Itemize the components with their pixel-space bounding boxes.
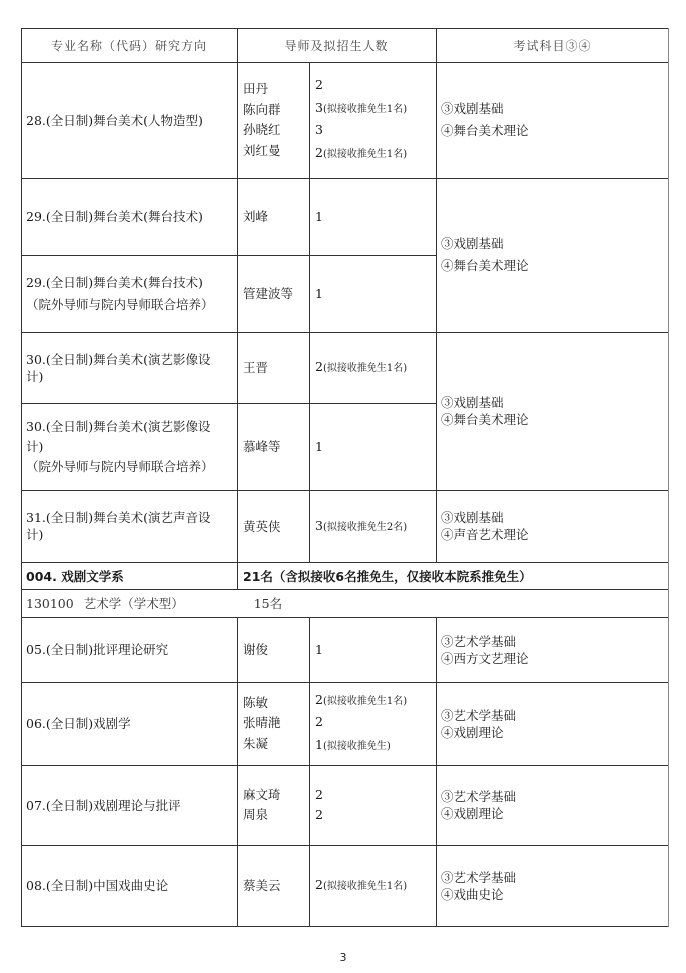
exam-subjects: ③艺术学基础 ④戏剧理论 <box>441 765 666 845</box>
advisor-name: 慕峰等 <box>243 403 307 490</box>
advisor-name: 麻文琦 <box>243 785 307 806</box>
quota: 3(拟接收推免生2名) <box>315 490 435 562</box>
quota: 2 <box>315 805 435 826</box>
discipline-row: 130100 艺术学（学术型） 15名 <box>21 589 669 617</box>
advisor-name: 朱凝 <box>243 734 307 755</box>
header-exams: 考试科目③④ <box>436 28 669 62</box>
advisor-name: 刘峰 <box>243 178 307 255</box>
table-row: 06.(全日制)戏剧学 陈敏 张晴滟 朱凝 2(拟接收推免生1名) 2 1(拟接… <box>21 682 669 765</box>
quota: 2 <box>315 75 435 98</box>
exam-subjects: ③戏剧基础 ④舞台美术理论 <box>441 62 666 178</box>
discipline-quota: 15名 <box>254 595 282 612</box>
advisor-name: 蔡美云 <box>243 845 307 926</box>
header-major: 专业名称（代码）研究方向 <box>21 28 237 62</box>
major-name: 06.(全日制)戏剧学 <box>26 682 236 765</box>
advisor-name: 孙晓红 <box>243 120 307 141</box>
table-row: 07.(全日制)戏剧理论与批评 麻文琦 周泉 2 2 ③艺术学基础 ④戏剧理论 <box>21 765 669 845</box>
quota-list: 2 2 <box>315 765 435 845</box>
major-name: 28.(全日制)舞台美术(人物造型) <box>26 62 236 178</box>
quota: 3(拟接收推免生1名) <box>315 98 435 121</box>
department-row: 004. 戏剧文学系 21名（含拟接收6名推免生，仅接收本院系推免生） <box>21 562 669 589</box>
quota: 1 <box>315 617 435 682</box>
discipline-name: 艺术学（学术型） <box>84 595 184 612</box>
quota: 1 <box>315 255 435 332</box>
quota: 2(拟接收推免生1名) <box>315 143 435 166</box>
quota: 2 <box>315 712 435 735</box>
major-name: 31.(全日制)舞台美术(演艺声音设 计) <box>26 490 236 562</box>
table-header: 专业名称（代码）研究方向 导师及拟招生人数 考试科目③④ <box>21 28 669 62</box>
quota: 1(拟接收推免生) <box>315 735 435 758</box>
exam-subjects-merged: ③戏剧基础 ④舞台美术理论 <box>441 332 666 490</box>
major-name: 29.(全日制)舞台美术(舞台技术) <box>26 178 236 255</box>
exam-subjects: ③戏剧基础 ④声音艺术理论 <box>441 490 666 562</box>
discipline-info: 130100 艺术学（学术型） 15名 <box>26 589 666 617</box>
major-name: 08.(全日制)中国戏曲史论 <box>26 845 236 926</box>
header-advisors: 导师及拟招生人数 <box>237 28 436 62</box>
advisor-list: 麻文琦 周泉 <box>243 765 307 845</box>
advisor-name: 王晋 <box>243 332 307 403</box>
discipline-code: 130100 <box>26 595 74 612</box>
major-name: 30.(全日制)舞台美术(演艺影像设 计) （院外导师与院内导师联合培养） <box>26 403 236 490</box>
advisor-name: 陈敏 <box>243 693 307 714</box>
major-name: 07.(全日制)戏剧理论与批评 <box>26 765 236 845</box>
exam-subjects: ③艺术学基础 ④西方文艺理论 <box>441 617 666 682</box>
quota: 2(拟接收推免生1名) <box>315 845 435 926</box>
advisor-name: 刘红曼 <box>243 141 307 162</box>
major-name: 29.(全日制)舞台美术(舞台技术) （院外导师与院内导师联合培养） <box>26 255 236 332</box>
quota-list: 2 3(拟接收推免生1名) 3 2(拟接收推免生1名) <box>315 62 435 178</box>
quota: 2(拟接收推免生1名) <box>315 690 435 713</box>
table-row: 05.(全日制)批评理论研究 谢俊 1 ③艺术学基础 ④西方文艺理论 <box>21 617 669 682</box>
quota: 1 <box>315 178 435 255</box>
table-border-bottom <box>21 926 669 927</box>
advisor-list: 陈敏 张晴滟 朱凝 <box>243 682 307 765</box>
major-name: 05.(全日制)批评理论研究 <box>26 617 236 682</box>
table-row: 08.(全日制)中国戏曲史论 蔡美云 2(拟接收推免生1名) ③艺术学基础 ④戏… <box>21 845 669 926</box>
quota-list: 2(拟接收推免生1名) 2 1(拟接收推免生) <box>315 682 435 765</box>
quota: 1 <box>315 403 435 490</box>
advisor-list: 田丹 陈向群 孙晓红 刘红曼 <box>243 62 307 178</box>
major-name: 30.(全日制)舞台美术(演艺影像设 计) <box>26 332 236 403</box>
quota: 2 <box>315 785 435 806</box>
department-quota: 21名（含拟接收6名推免生，仅接收本院系推免生） <box>243 562 663 589</box>
table-row: 28.(全日制)舞台美术(人物造型) 田丹 陈向群 孙晓红 刘红曼 2 3(拟接… <box>21 62 669 178</box>
advisor-name: 黄英侠 <box>243 490 307 562</box>
exam-subjects: ③艺术学基础 ④戏曲史论 <box>441 845 666 926</box>
advisor-name: 陈向群 <box>243 100 307 121</box>
exam-subjects-merged: ③戏剧基础 ④舞台美术理论 <box>441 178 666 332</box>
quota: 3 <box>315 120 435 143</box>
advisor-name: 管建波等 <box>243 255 307 332</box>
advisor-name: 周泉 <box>243 805 307 826</box>
advisor-name: 田丹 <box>243 79 307 100</box>
exam-subjects: ③艺术学基础 ④戏剧理论 <box>441 682 666 765</box>
advisor-name: 张晴滟 <box>243 713 307 734</box>
table-row: 31.(全日制)舞台美术(演艺声音设 计) 黄英侠 3(拟接收推免生2名) ③戏… <box>21 490 669 562</box>
quota: 2(拟接收推免生1名) <box>315 332 435 403</box>
advisor-name: 谢俊 <box>243 617 307 682</box>
department-name: 004. 戏剧文学系 <box>26 562 236 589</box>
page-number: 3 <box>0 951 686 964</box>
